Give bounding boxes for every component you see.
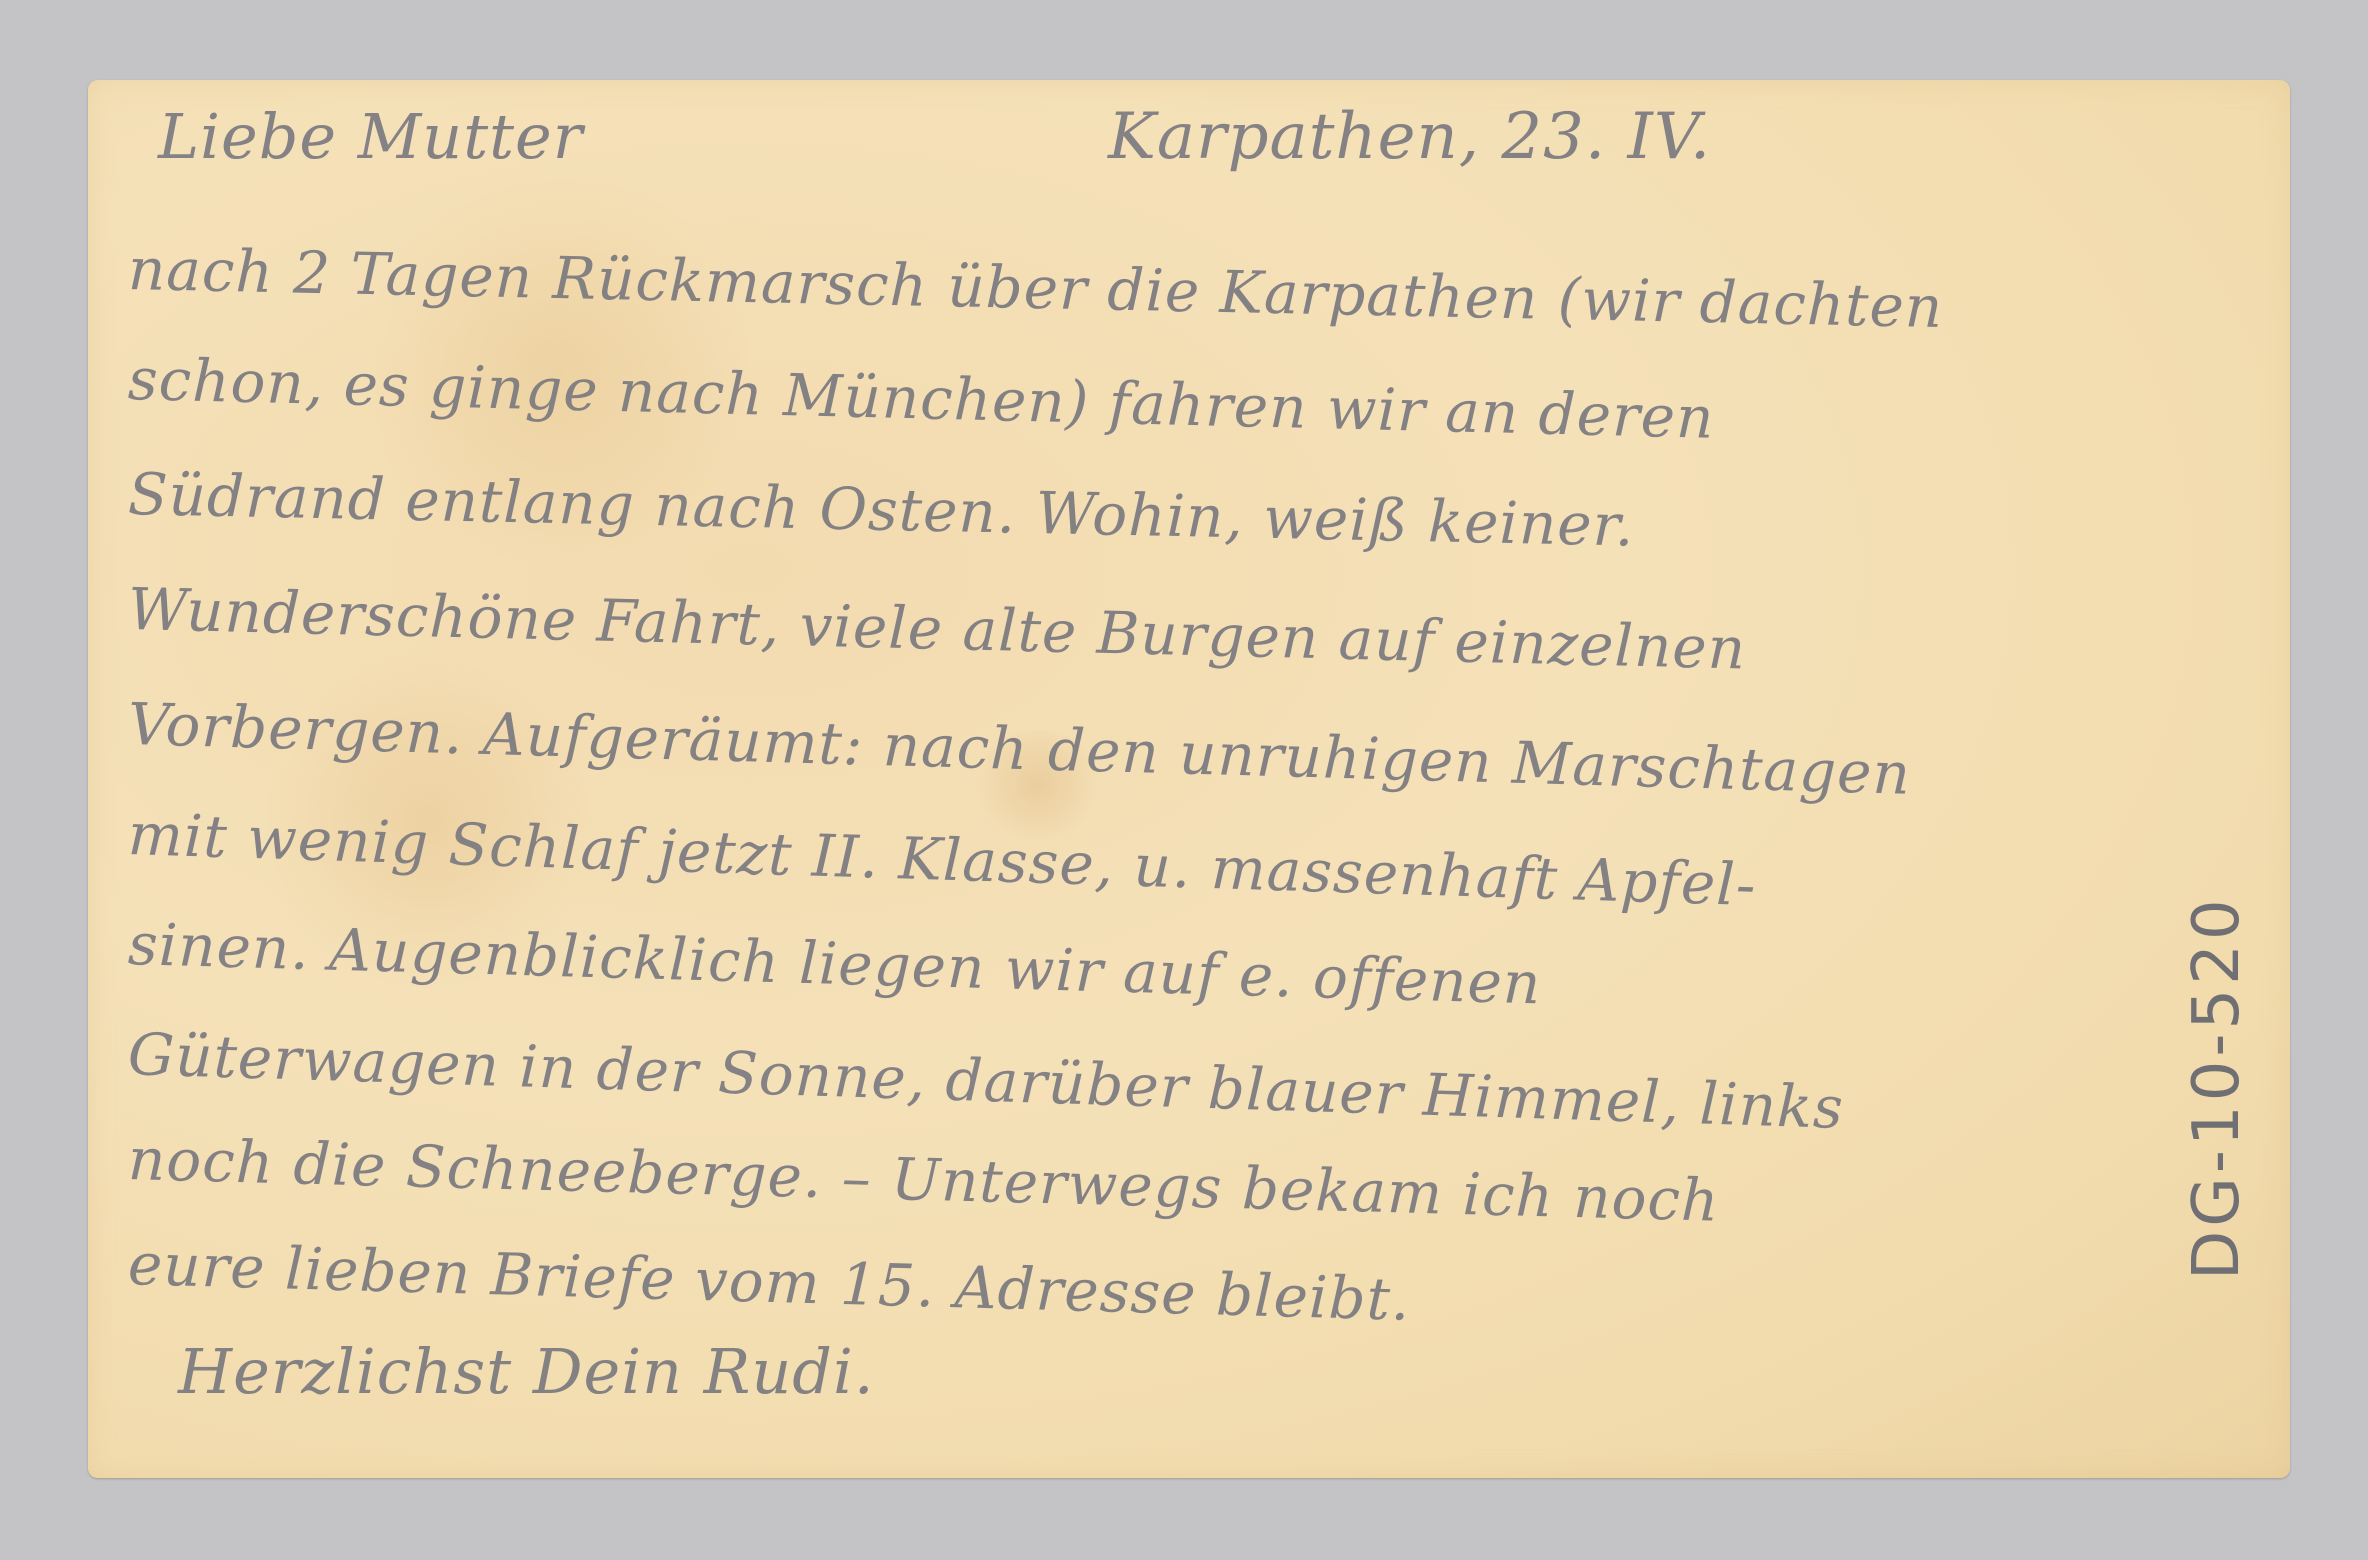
place-date: Karpathen, 23. IV. [1108, 100, 1711, 174]
body-line: Wunderschöne Fahrt, viele alte Burgen au… [127, 575, 1747, 683]
body-line: noch die Schneeberge. – Unterwegs bekam … [127, 1125, 1720, 1235]
postcard: Liebe Mutter Karpathen, 23. IV. nach 2 T… [88, 80, 2290, 1478]
archive-id: DG-10-520 [2180, 895, 2254, 1280]
body-line: Vorbergen. Aufgeräumt: nach den unruhige… [127, 690, 1912, 808]
body-line: sinen. Augenblicklich liegen wir auf e. … [127, 910, 1542, 1017]
body-line: nach 2 Tagen Rückmarsch über die Karpath… [127, 235, 1944, 341]
salutation: Liebe Mutter [158, 100, 583, 173]
body-line: Südrand entlang nach Osten. Wohin, weiß … [127, 460, 1635, 560]
body-line: mit wenig Schlaf jetzt II. Klasse, u. ma… [127, 800, 1758, 919]
body-line: schon, es ginge nach München) fahren wir… [127, 345, 1715, 452]
body-line: Güterwagen in der Sonne, darüber blauer … [127, 1020, 1845, 1142]
closing-signature: Herzlichst Dein Rudi. [178, 1335, 875, 1408]
body-line: eure lieben Briefe vom 15. Adresse bleib… [127, 1230, 1411, 1334]
